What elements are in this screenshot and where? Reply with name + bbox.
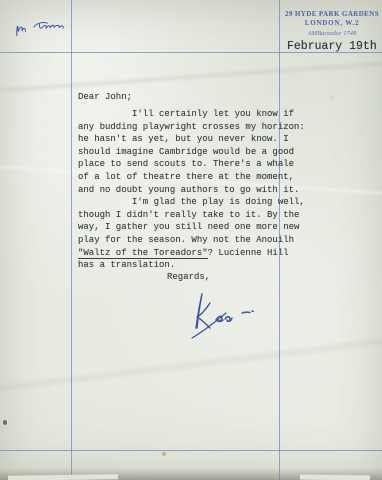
body-line: I'll certainly let you know if — [78, 108, 305, 121]
body-line: place to send scouts to. There's a whale — [78, 158, 305, 171]
letterhead-phone: AMBassador 1748 — [284, 29, 380, 38]
letterhead-address-line1: 29 HYDE PARK GARDENS — [284, 10, 380, 19]
letterhead: 29 HYDE PARK GARDENS LONDON, W.2 AMBassa… — [284, 10, 380, 38]
tear-fragment — [8, 474, 118, 480]
date-line: February 19th — [287, 40, 377, 53]
body-line: way, I gather you still need one more ne… — [78, 221, 305, 234]
body-line: has a translation. — [78, 259, 305, 272]
paper-speck — [3, 420, 7, 425]
margin-arrow-mark — [42, 243, 78, 255]
letter-page: 29 HYDE PARK GARDENS LONDON, W.2 AMBassa… — [0, 0, 382, 480]
body-lines: I'll certainly let you know ifany buddin… — [78, 108, 305, 272]
body-line: "Waltz of the Toreadors"? Lucienne Hill — [78, 247, 305, 260]
body-line: though I didn't really take to it. By th… — [78, 209, 305, 222]
closing: Regards, — [167, 272, 210, 282]
body-line: and no doubt young authors to go with it… — [78, 184, 305, 197]
body-line: I'm glad the play is doing well, — [78, 196, 305, 209]
signature-ink — [185, 286, 265, 341]
handwritten-annotation — [12, 14, 74, 42]
paper-crease — [0, 54, 382, 100]
paper-speck — [330, 96, 333, 99]
body-line: should imagine Cambridge would be a good — [78, 146, 305, 159]
paper-stain — [162, 452, 166, 456]
ruled-line-bottom — [0, 450, 382, 451]
tear-fragment — [300, 475, 370, 480]
body-line: play for the season. Why not the Anouilh — [78, 234, 305, 247]
body-line: any budding playwright crosses my horizo… — [78, 121, 305, 134]
body-line: of a lot of theatre there at the moment, — [78, 171, 305, 184]
ruled-line-left — [71, 0, 72, 480]
letterhead-address-line2: LONDON, W.2 — [284, 19, 380, 28]
body-line: he hasn't as yet, but you never know. I — [78, 133, 305, 146]
salutation: Dear John; — [78, 92, 132, 102]
